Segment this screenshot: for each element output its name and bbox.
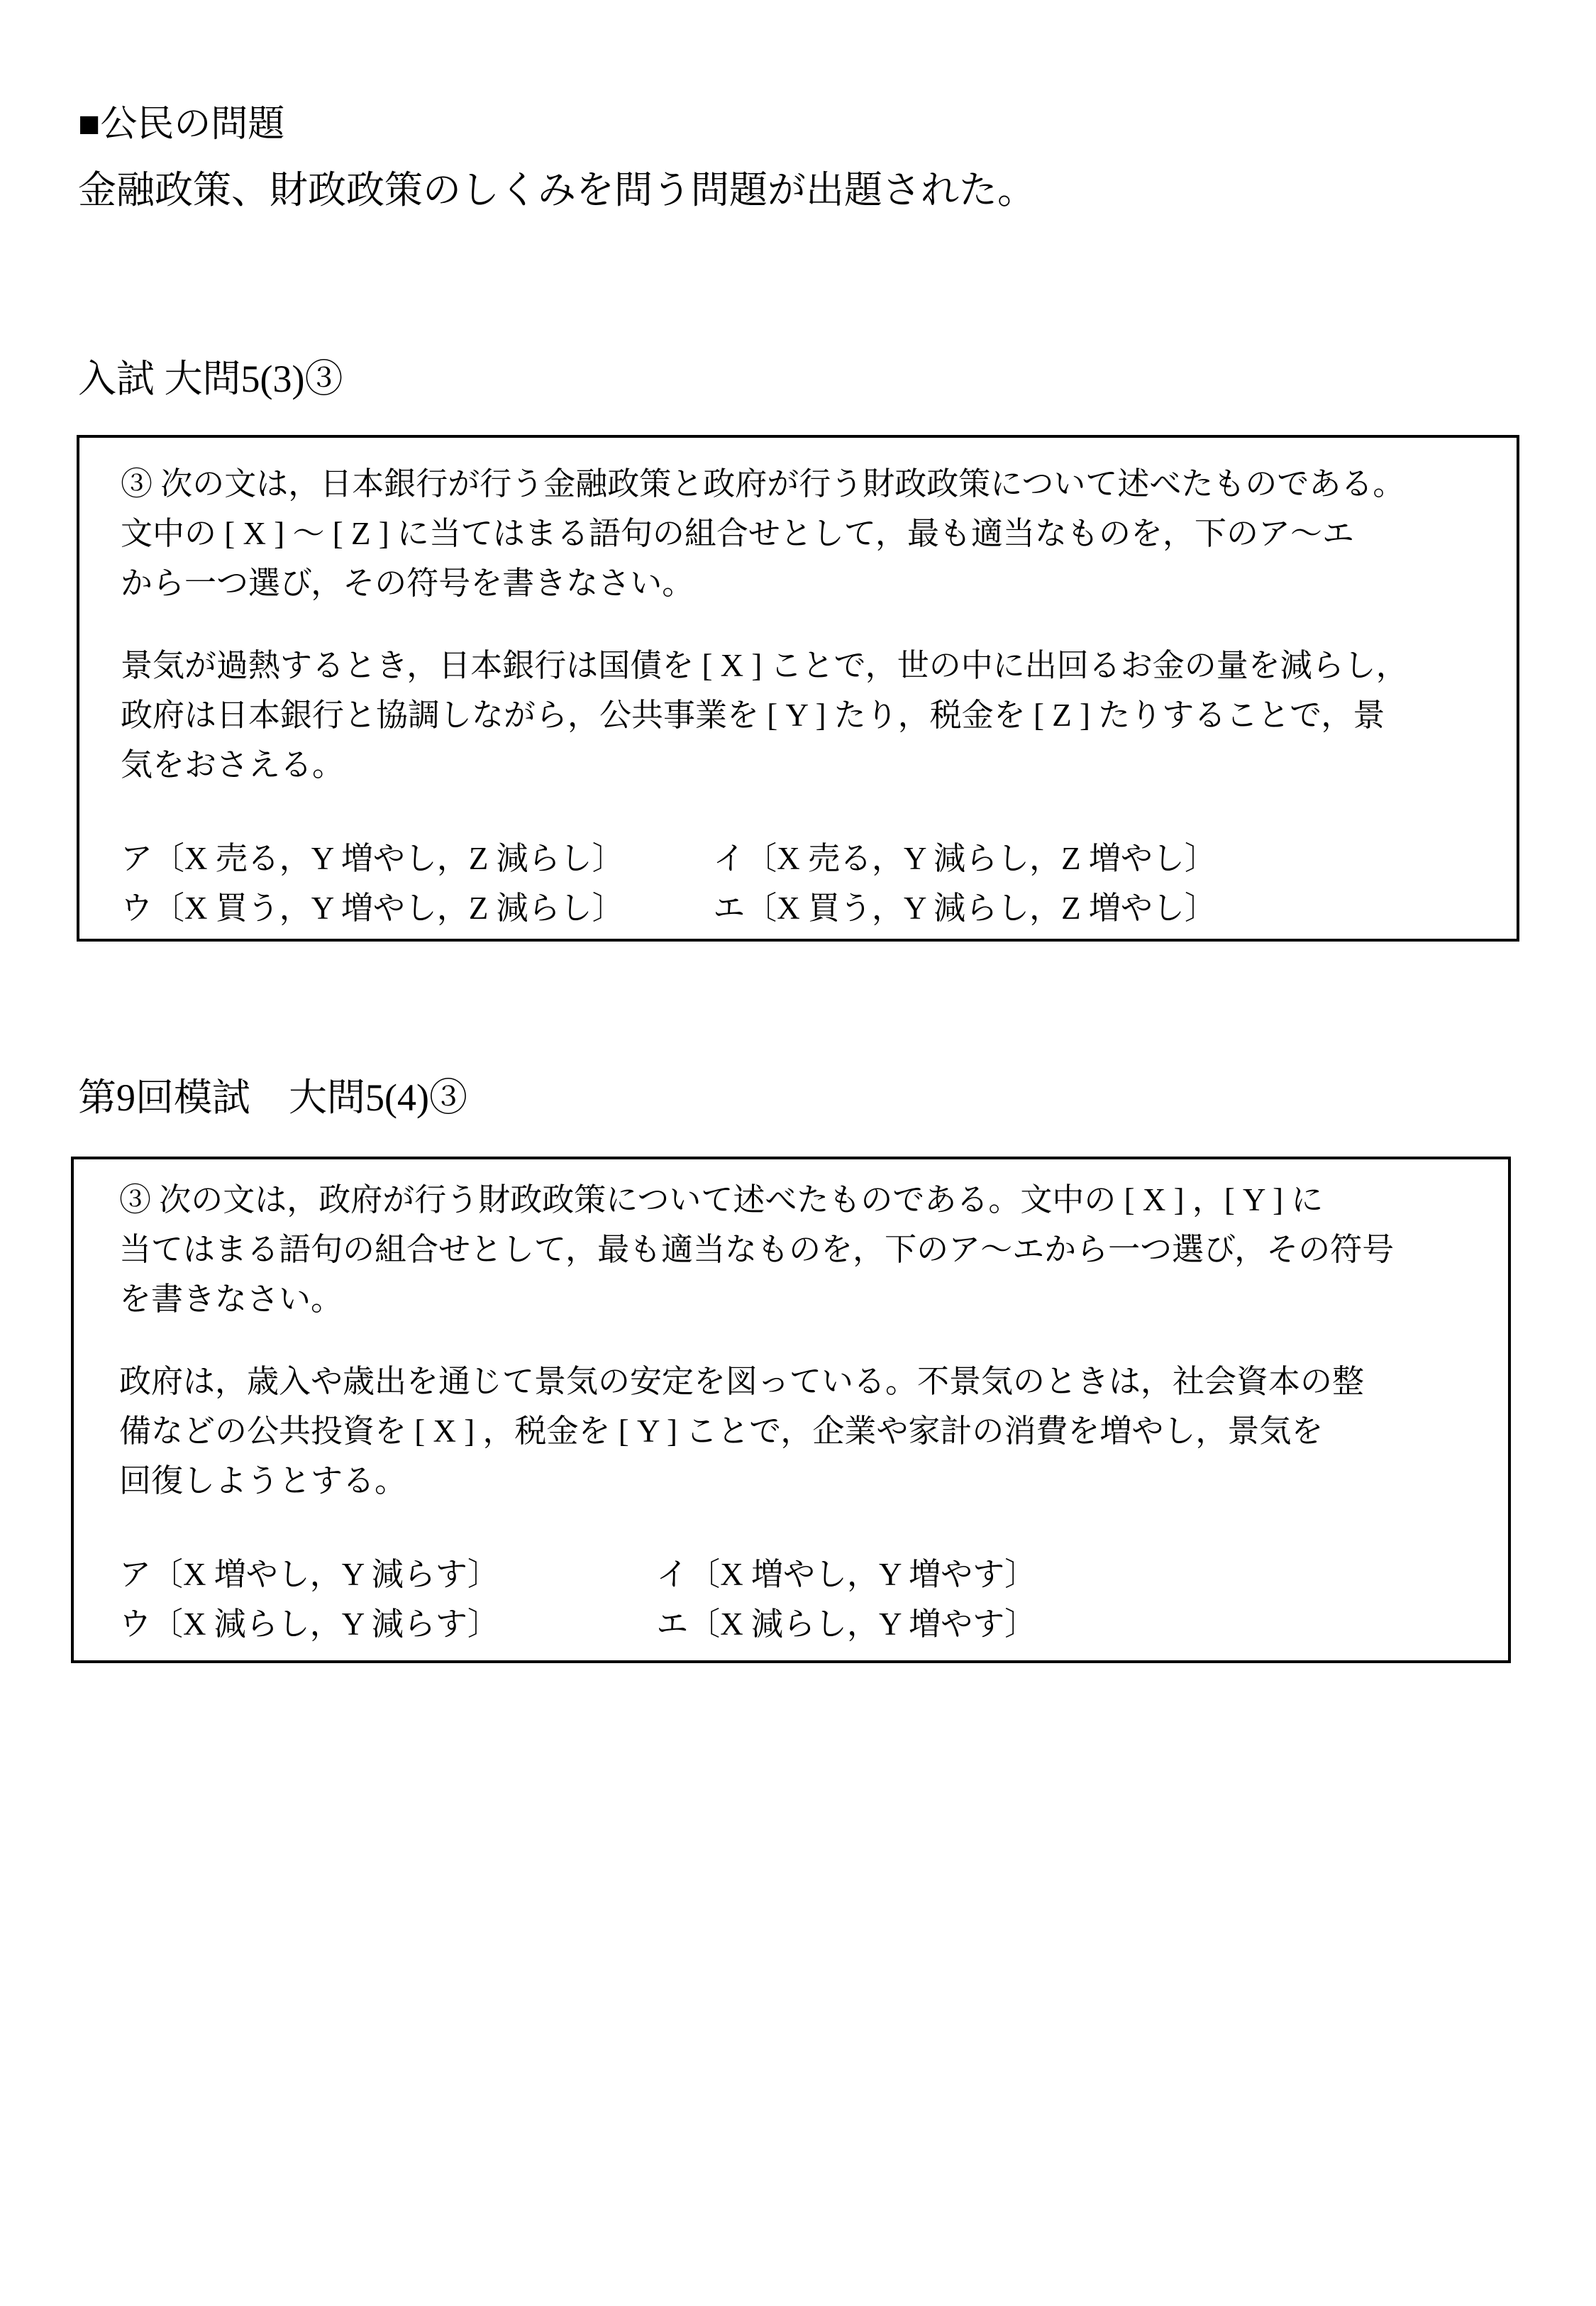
- option-a: ア〔X 売る，Y 増やし，Z 減らし〕: [121, 834, 705, 883]
- document-page: ■公民の問題 金融政策、財政政策のしくみを問う問題が出題された。 入試 大問5(…: [0, 0, 1596, 2306]
- option-row: ア〔X 売る，Y 増やし，Z 減らし〕 イ〔X 売る，Y 減らし，Z 増やし〕: [121, 834, 1502, 883]
- question-intro-line: ③ 次の文は，政府が行う財政政策について述べたものである。文中の [ X ] ，…: [119, 1175, 1494, 1225]
- option-row: ア〔X 増やし，Y 減らす〕 イ〔X 増やし，Y 増やす〕: [119, 1550, 1494, 1599]
- question-intro-line: を書きなさい。: [119, 1274, 1494, 1324]
- blank-line: [121, 790, 1502, 834]
- question-intro-line: 当てはまる語句の組合せとして，最も適当なものを，下のア～エから一つ選び，その符号: [119, 1225, 1494, 1274]
- option-a: ア〔X 増やし，Y 減らす〕: [119, 1550, 648, 1599]
- section-heading-exam: 入試 大問5(3)③: [78, 357, 343, 401]
- question-body-line: 政府は日本銀行と協調しながら，公共事業を [ Y ] たり，税金を [ Z ] …: [121, 690, 1502, 740]
- doc-title: ■公民の問題: [78, 104, 284, 146]
- option-i: イ〔X 増やし，Y 増やす〕: [656, 1557, 1036, 1592]
- question-body-line: 景気が過熱するとき，日本銀行は国債を [ X ] ことで，世の中に出回るお金の量…: [121, 641, 1502, 690]
- option-row: ウ〔X 減らし，Y 減らす〕 エ〔X 減らし，Y 増やす〕: [119, 1599, 1494, 1649]
- section-heading-mock-exam: 第9回模試 大問5(4)③: [78, 1076, 467, 1120]
- question-intro-line: から一つ選び，その符号を書きなさい。: [121, 558, 1502, 608]
- question-box-exam: ③ 次の文は，日本銀行が行う金融政策と政府が行う財政政策について述べたものである…: [77, 435, 1519, 942]
- question-intro-line: 文中の [ X ] ～ [ Z ] に当てはまる語句の組合せとして，最も適当なも…: [121, 509, 1502, 558]
- question-body-line: 気をおさえる。: [121, 740, 1502, 790]
- option-i: イ〔X 売る，Y 減らし，Z 増やし〕: [713, 841, 1217, 876]
- blank-line: [121, 608, 1502, 641]
- option-e: エ〔X 減らし，Y 増やす〕: [656, 1606, 1036, 1642]
- option-u: ウ〔X 減らし，Y 減らす〕: [119, 1599, 648, 1649]
- question-body-line: 回復しようとする。: [119, 1456, 1494, 1506]
- question-intro-line: ③ 次の文は，日本銀行が行う金融政策と政府が行う財政政策について述べたものである…: [121, 459, 1502, 509]
- option-u: ウ〔X 買う，Y 増やし，Z 減らし〕: [121, 883, 705, 933]
- question-body-line: 政府は，歳入や歳出を通じて景気の安定を図っている。不景気のときは，社会資本の整: [119, 1357, 1494, 1406]
- blank-line: [119, 1324, 1494, 1357]
- question-box-mock-exam: ③ 次の文は，政府が行う財政政策について述べたものである。文中の [ X ] ，…: [71, 1157, 1511, 1663]
- doc-subtitle: 金融政策、財政政策のしくみを問う問題が出題された。: [78, 167, 1036, 213]
- blank-line: [119, 1506, 1494, 1550]
- option-row: ウ〔X 買う，Y 増やし，Z 減らし〕 エ〔X 買う，Y 減らし，Z 増やし〕: [121, 883, 1502, 933]
- option-e: エ〔X 買う，Y 減らし，Z 増やし〕: [713, 890, 1217, 926]
- question-body-line: 備などの公共投資を [ X ] ，税金を [ Y ] ことで，企業や家計の消費を…: [119, 1406, 1494, 1456]
